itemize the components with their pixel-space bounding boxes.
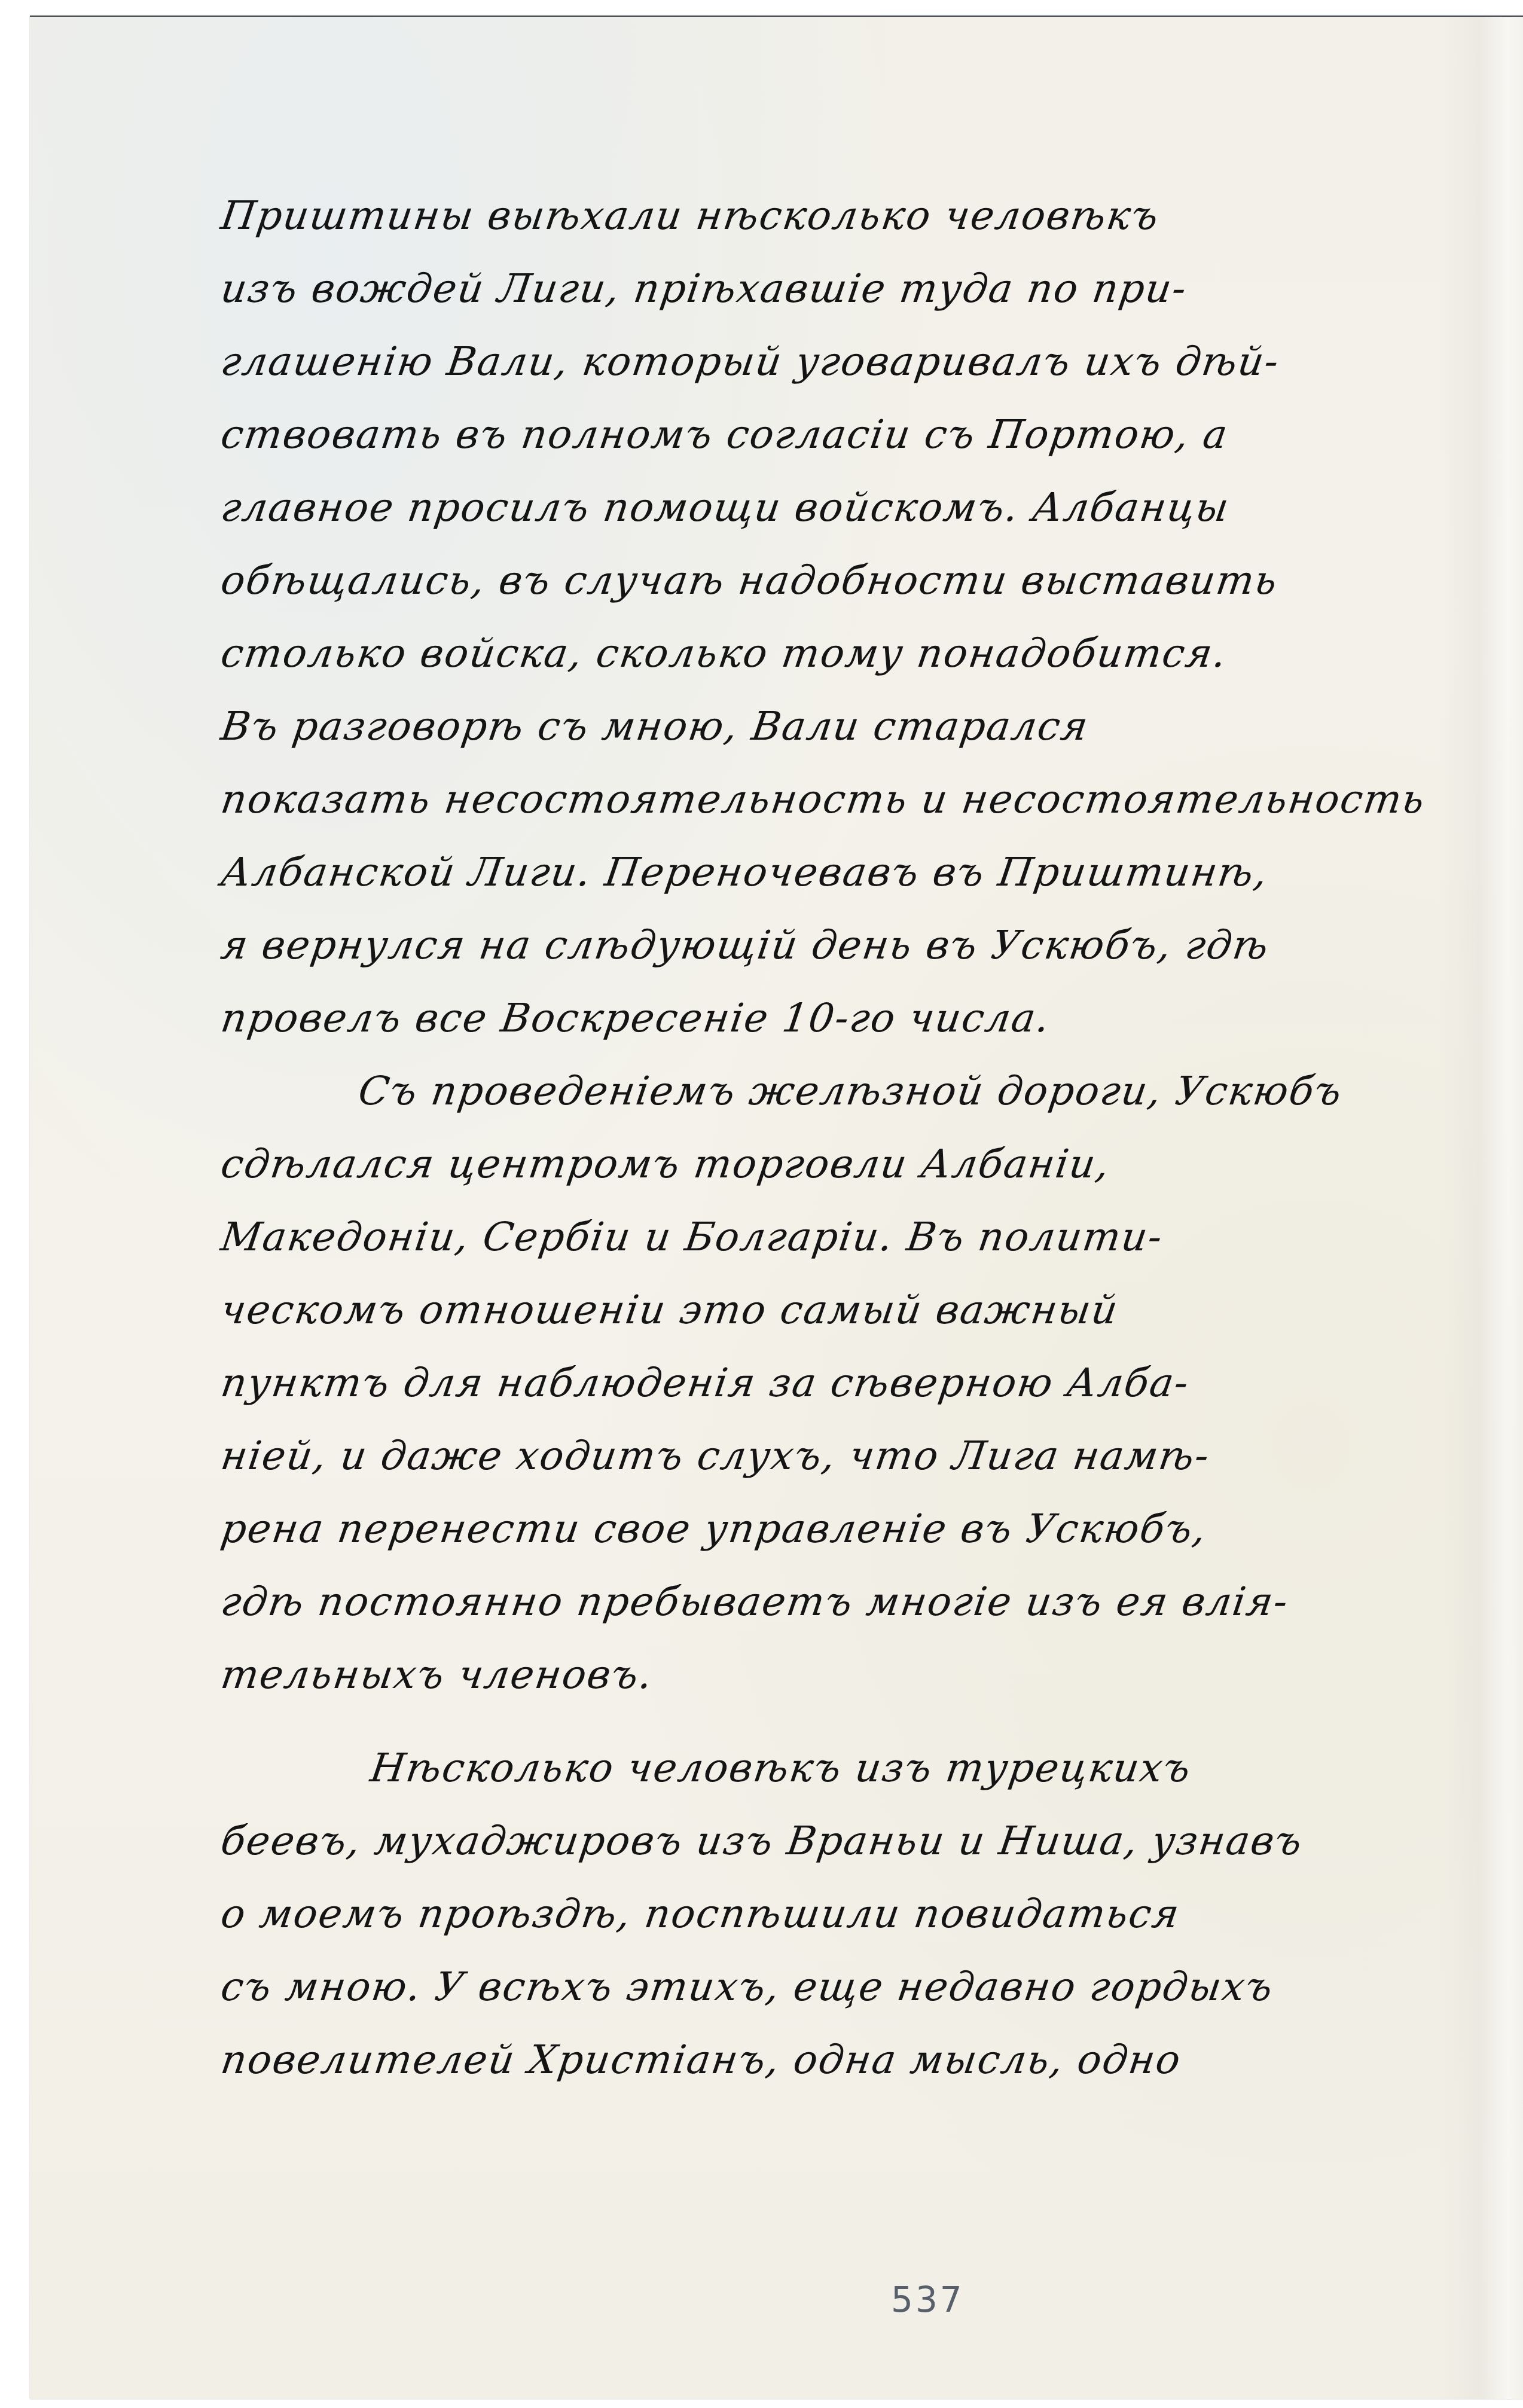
paragraph-start-line-22: Нѣсколько человѣкъ изъ турецкихъ xyxy=(216,1732,1482,1805)
text-line-17: пунктъ для наблюденія за сѣверною Алба- xyxy=(216,1347,1482,1420)
folio-page-number: 537 xyxy=(891,2279,965,2320)
text-line-6: обѣщались, въ случаѣ надобности выставит… xyxy=(216,544,1482,617)
text-line-19: рена перенести свое управленіе въ Ускюбъ… xyxy=(216,1493,1482,1565)
text-line-1: Приштины выѣхали нѣсколько человѣкъ xyxy=(216,179,1482,252)
text-line-25: съ мною. У всѣхъ этихъ, еще недавно горд… xyxy=(216,1951,1482,2024)
text-line-14: сдѣлался центромъ торговли Албаніи, xyxy=(216,1128,1482,1201)
text-line-24: о моемъ проѣздѣ, поспѣшили повидаться xyxy=(216,1878,1482,1951)
text-line-18: ніей, и даже ходитъ слухъ, что Лига намѣ… xyxy=(216,1420,1482,1493)
handwritten-text-block: Приштины выѣхали нѣсколько человѣкъ изъ … xyxy=(221,179,1477,2096)
text-line-15: Македоніи, Сербіи и Болгаріи. Въ полити- xyxy=(216,1201,1482,1274)
text-line-12: провелъ все Воскресеніе 10-го числа. xyxy=(216,982,1482,1055)
text-line-3: глашенію Вали, который уговаривалъ ихъ д… xyxy=(216,325,1482,398)
text-line-23: беевъ, мухаджировъ изъ Враньи и Ниша, уз… xyxy=(216,1805,1482,1878)
text-line-21: тельныхъ членовъ. xyxy=(216,1638,1482,1711)
text-line-11: я вернулся на слѣдующій день въ Ускюбъ, … xyxy=(216,909,1482,982)
text-line-4: ствовать въ полномъ согласіи съ Портою, … xyxy=(216,398,1482,471)
text-line-16: ческомъ отношеніи это самый важный xyxy=(216,1274,1482,1347)
paragraph-start-line-13: Съ проведеніемъ желѣзной дороги, Ускюбъ xyxy=(216,1055,1482,1128)
text-line-20: гдѣ постоянно пребываетъ многіе изъ ея в… xyxy=(216,1565,1482,1638)
text-line-9: показать несостоятельность и несостоятел… xyxy=(216,763,1482,836)
text-line-7: столько войска, сколько тому понадобится… xyxy=(216,617,1482,690)
text-line-26: повелителей Христіанъ, одна мысль, одно xyxy=(216,2024,1482,2096)
text-line-2: изъ вождей Лиги, пріѣхавшіе туда по при- xyxy=(216,252,1482,325)
text-line-10: Албанской Лиги. Переночевавъ въ Приштинѣ… xyxy=(216,836,1482,909)
text-line-8: Въ разговорѣ съ мною, Вали старался xyxy=(216,690,1482,763)
text-line-5: главное просилъ помощи войскомъ. Албанцы xyxy=(216,471,1482,544)
